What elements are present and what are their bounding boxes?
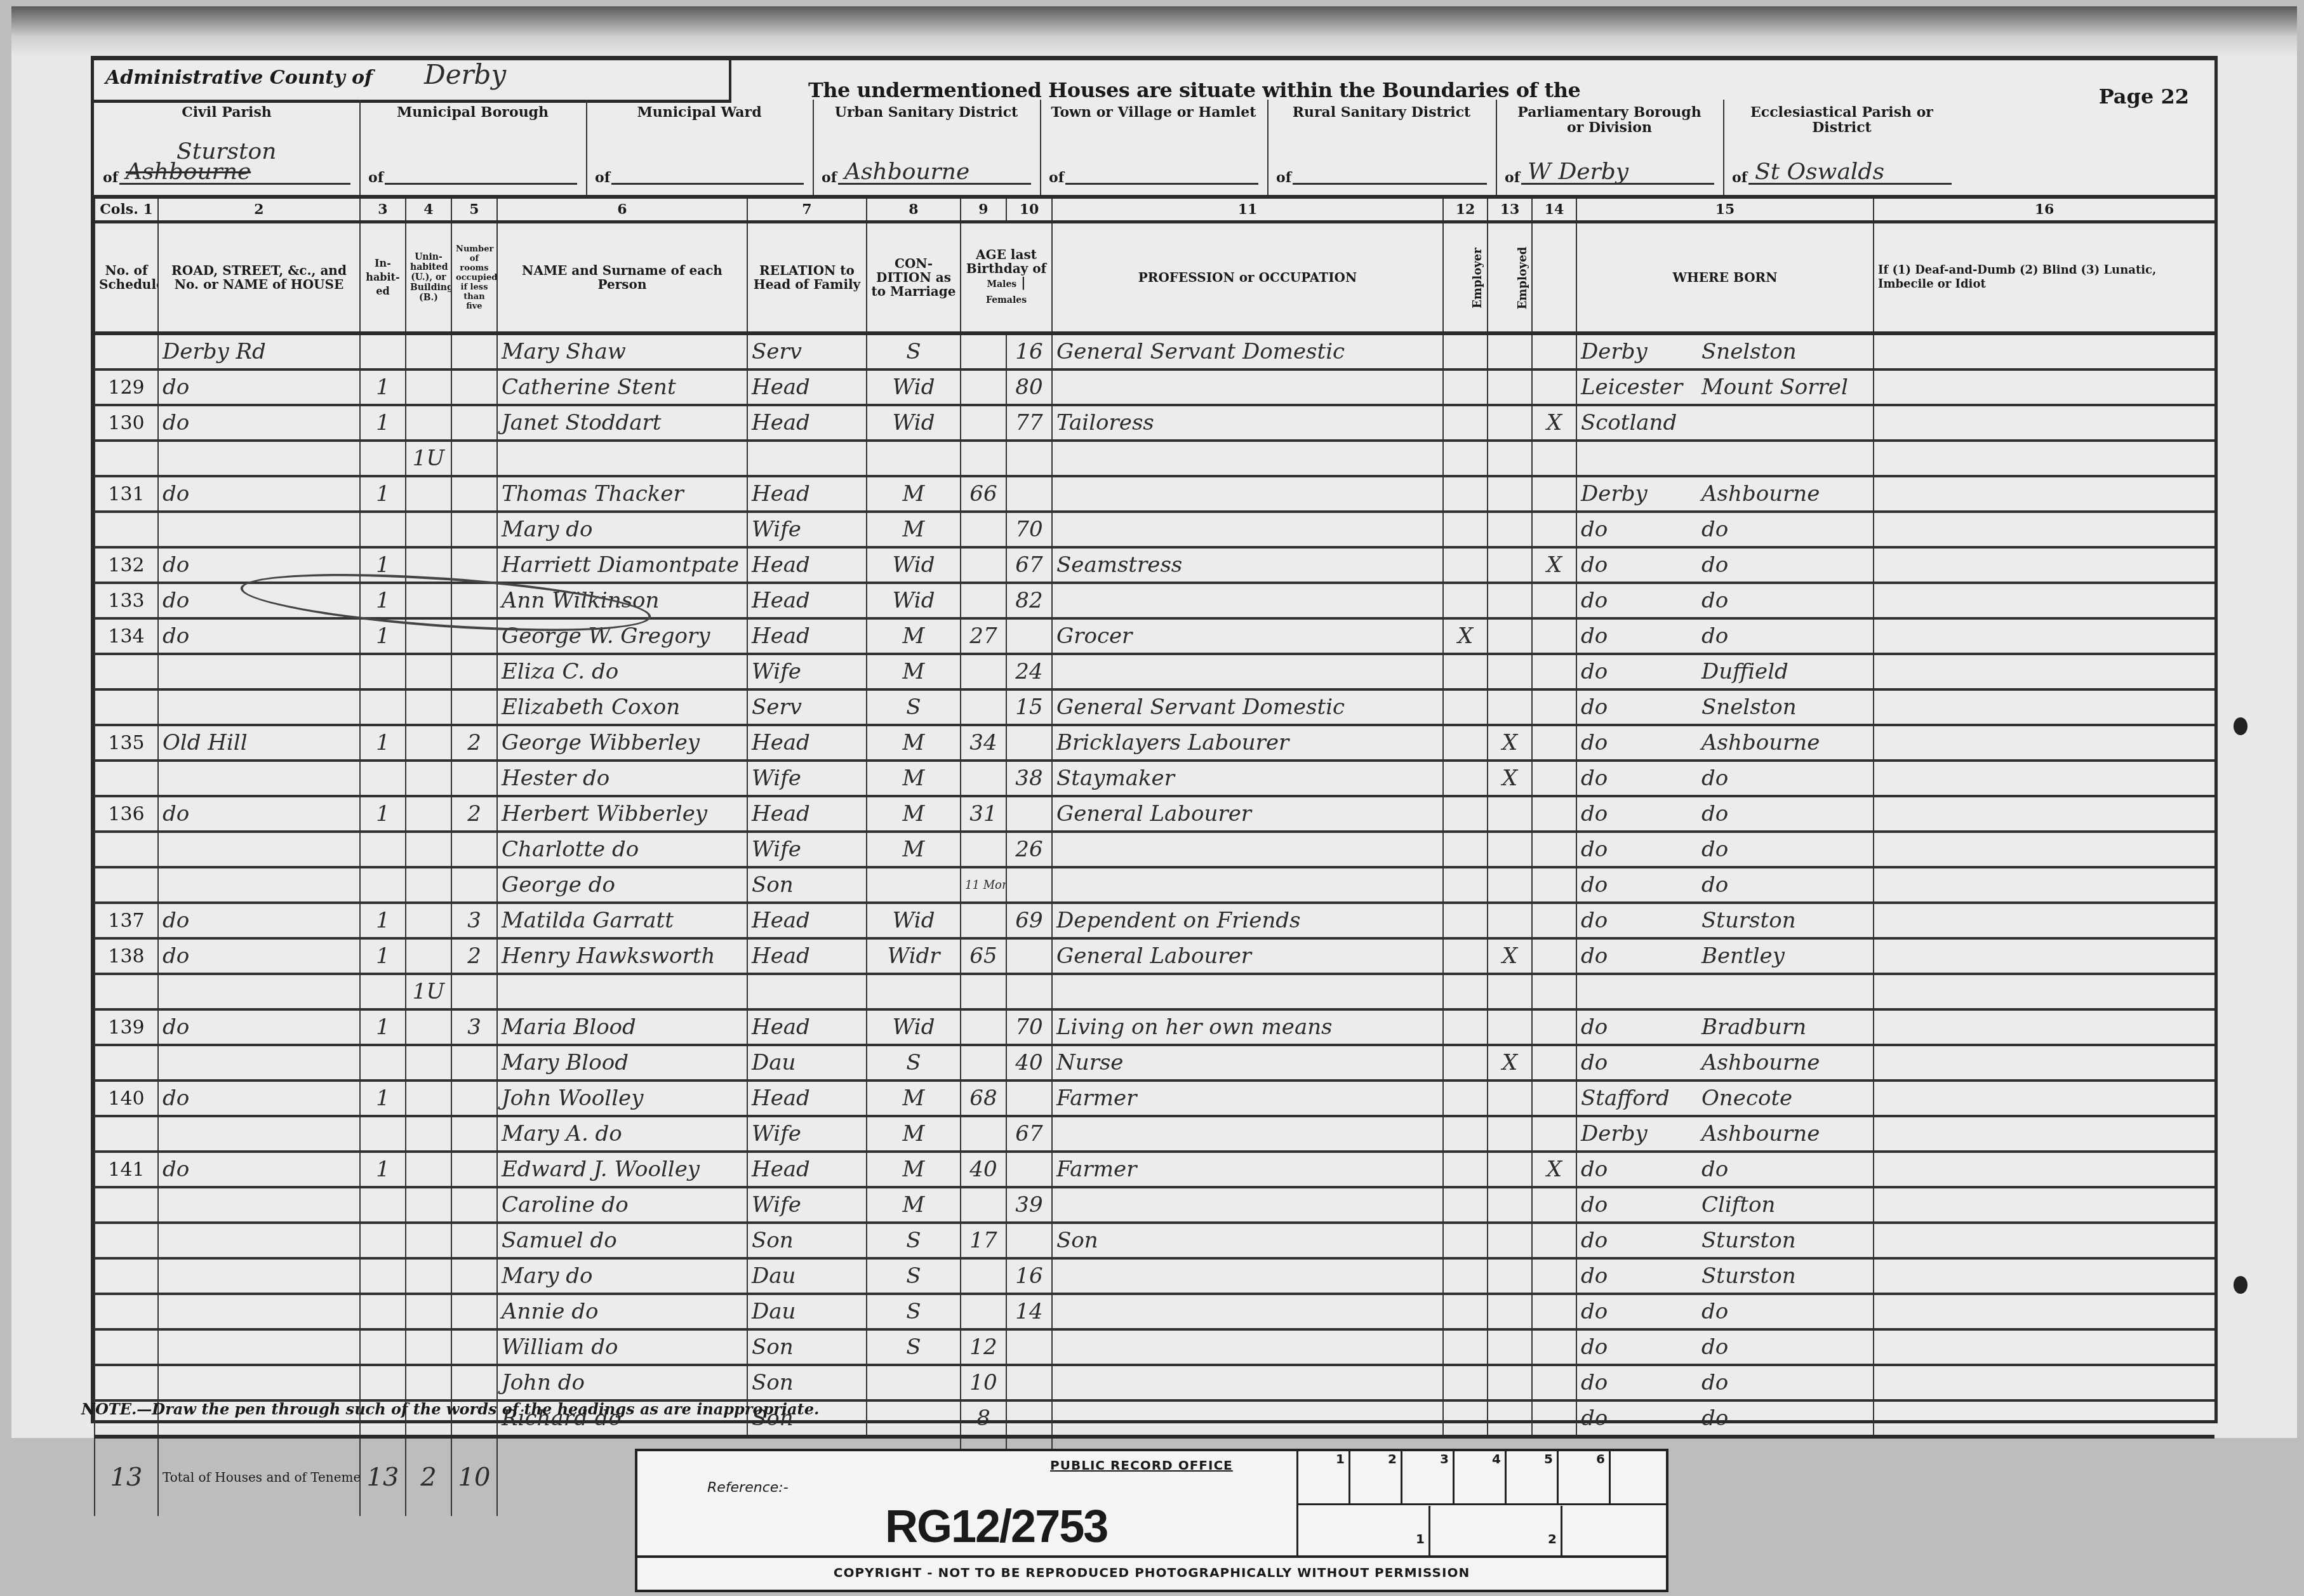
male-age — [961, 441, 1006, 476]
neither-mark — [1532, 1081, 1576, 1116]
employer-mark — [1443, 583, 1488, 618]
condition: M — [867, 1081, 961, 1116]
born-county: do — [1581, 552, 1701, 578]
employer-mark — [1443, 1152, 1488, 1187]
census-row: 141do1Edward J. WoolleyHeadM40FarmerXdod… — [95, 1152, 2214, 1187]
born-place: do — [1701, 1406, 1728, 1431]
schedule-number — [95, 1187, 158, 1223]
infirmity — [1874, 1400, 2214, 1437]
infirmity — [1874, 333, 2214, 369]
infirmity — [1874, 867, 2214, 903]
female-age — [1006, 938, 1052, 974]
neither-mark — [1532, 974, 1576, 1009]
employed-mark — [1488, 903, 1532, 938]
inhabited — [360, 832, 406, 867]
born-place: do — [1701, 1157, 1728, 1182]
born-place: do — [1701, 766, 1728, 791]
infirmity — [1874, 903, 2214, 938]
born-place: Sturston — [1701, 1263, 1796, 1289]
employer-mark — [1443, 654, 1488, 689]
relation: Dau — [747, 1258, 867, 1294]
schedule-number: 137 — [95, 903, 158, 938]
relation: Head — [747, 369, 867, 405]
neither-mark — [1532, 1400, 1576, 1437]
occupation: General Servant Domestic — [1052, 689, 1443, 725]
relation: Son — [747, 1365, 867, 1400]
employed-mark — [1488, 654, 1532, 689]
inhabited — [360, 654, 406, 689]
male-age: 31 — [961, 796, 1006, 832]
schedule-number — [95, 1365, 158, 1400]
rooms — [451, 689, 497, 725]
total-schedules: 13 — [95, 1437, 158, 1516]
person-name: Henry Hawksworth — [497, 938, 747, 974]
born-county: Derby — [1581, 1121, 1701, 1147]
born-county: do — [1581, 1014, 1701, 1040]
born-place: Mount Sorrel — [1701, 375, 1848, 400]
rooms — [451, 1258, 497, 1294]
uninhabited — [406, 1081, 451, 1116]
road: do — [158, 796, 360, 832]
occupation — [1052, 583, 1443, 618]
inhabited: 1 — [360, 1152, 406, 1187]
female-age: 67 — [1006, 1116, 1052, 1152]
relation: Serv — [747, 689, 867, 725]
male-age — [961, 654, 1006, 689]
uninhabited: 1U — [406, 974, 451, 1009]
male-age: 8 — [961, 1400, 1006, 1437]
condition: S — [867, 1223, 961, 1258]
inhabited — [360, 689, 406, 725]
employer-mark — [1443, 333, 1488, 369]
male-age — [961, 369, 1006, 405]
uninhabited — [406, 1365, 451, 1400]
division-municipal-ward: Municipal Ward of — [586, 100, 814, 195]
female-age: 69 — [1006, 903, 1052, 938]
admin-divisions: Civil Parish Sturston of Ashbourne Munic… — [94, 100, 2214, 199]
road — [158, 867, 360, 903]
female-age — [1006, 1152, 1052, 1187]
uninhabited — [406, 938, 451, 974]
division-ecclesiastical: Ecclesiastical Parish or District of St … — [1723, 100, 1961, 195]
born-county: Stafford — [1581, 1086, 1701, 1111]
occupation — [1052, 832, 1443, 867]
infirmity — [1874, 1223, 2214, 1258]
born-county: do — [1581, 908, 1701, 933]
male-age: 40 — [961, 1152, 1006, 1187]
total-houses-label: Total of Houses and of Tenements with le… — [158, 1437, 360, 1516]
census-row: 139do13Maria BloodHeadWid70Living on her… — [95, 1009, 2214, 1045]
male-age — [961, 832, 1006, 867]
parliamentary-value: W Derby — [1528, 159, 1628, 185]
schedule-number: 131 — [95, 476, 158, 512]
female-age — [1006, 1365, 1052, 1400]
schedule-number: 141 — [95, 1152, 158, 1187]
schedule-number: 136 — [95, 796, 158, 832]
occupation — [1052, 1187, 1443, 1223]
female-age: 26 — [1006, 832, 1052, 867]
census-row: 1U — [95, 974, 2214, 1009]
schedule-number — [95, 867, 158, 903]
male-age — [961, 547, 1006, 583]
where-born: dodo — [1576, 832, 1874, 867]
infirmity — [1874, 1294, 2214, 1329]
born-county: do — [1581, 1050, 1701, 1075]
occupation — [1052, 476, 1443, 512]
form-title: The undermentioned Houses are situate wi… — [808, 78, 1580, 102]
male-age — [961, 1116, 1006, 1152]
inhabited — [360, 1223, 406, 1258]
condition — [867, 441, 961, 476]
road — [158, 1045, 360, 1081]
relation: Wife — [747, 1187, 867, 1223]
person-name: Mary A. do — [497, 1116, 747, 1152]
born-place: Sturston — [1701, 908, 1796, 933]
person-name: Catherine Stent — [497, 369, 747, 405]
census-row: 136do12Herbert WibberleyHeadM31General L… — [95, 796, 2214, 832]
male-age — [961, 1294, 1006, 1329]
neither-mark — [1532, 1116, 1576, 1152]
infirmity — [1874, 405, 2214, 441]
census-row: 131do1Thomas ThackerHeadM66DerbyAshbourn… — [95, 476, 2214, 512]
inhabited: 1 — [360, 405, 406, 441]
total-rooms: 10 — [451, 1437, 497, 1516]
inhabited — [360, 1294, 406, 1329]
inhabited — [360, 333, 406, 369]
infirmity — [1874, 654, 2214, 689]
employed-mark — [1488, 1365, 1532, 1400]
neither-mark — [1532, 1009, 1576, 1045]
employer-mark — [1443, 1116, 1488, 1152]
uninhabited — [406, 512, 451, 547]
employed-mark — [1488, 547, 1532, 583]
inhabited — [360, 1045, 406, 1081]
neither-mark — [1532, 938, 1576, 974]
where-born: dodo — [1576, 1365, 1874, 1400]
occupation — [1052, 1365, 1443, 1400]
person-name: Annie do — [497, 1294, 747, 1329]
where-born: StaffordOnecote — [1576, 1081, 1874, 1116]
born-county: do — [1581, 837, 1701, 862]
male-age — [961, 761, 1006, 796]
born-place: Onecote — [1701, 1086, 1792, 1111]
census-row: Mary A. doWifeM67DerbyAshbourne — [95, 1116, 2214, 1152]
road — [158, 441, 360, 476]
relation: Son — [747, 1329, 867, 1365]
infirmity — [1874, 832, 2214, 867]
schedule-number: 133 — [95, 583, 158, 618]
infirmity — [1874, 1116, 2214, 1152]
inhabited — [360, 512, 406, 547]
census-row: Mary doDauS16doSturston — [95, 1258, 2214, 1294]
born-county: Derby — [1581, 481, 1701, 507]
occupation: Farmer — [1052, 1152, 1443, 1187]
female-age: 14 — [1006, 1294, 1052, 1329]
rooms — [451, 333, 497, 369]
male-age: 66 — [961, 476, 1006, 512]
employed-mark — [1488, 441, 1532, 476]
where-born: dodo — [1576, 512, 1874, 547]
inhabited: 1 — [360, 1009, 406, 1045]
census-row: 130do1Janet StoddartHeadWid77TailoressXS… — [95, 405, 2214, 441]
inhabited: 1 — [360, 796, 406, 832]
occupation — [1052, 867, 1443, 903]
schedule-number: 139 — [95, 1009, 158, 1045]
born-place: Clifton — [1701, 1192, 1775, 1218]
neither-mark — [1532, 689, 1576, 725]
female-age: 77 — [1006, 405, 1052, 441]
employed-mark — [1488, 832, 1532, 867]
road — [158, 1258, 360, 1294]
neither-mark — [1532, 369, 1576, 405]
female-age: 15 — [1006, 689, 1052, 725]
neither-mark — [1532, 1258, 1576, 1294]
male-age — [961, 405, 1006, 441]
employer-mark — [1443, 369, 1488, 405]
occupation — [1052, 654, 1443, 689]
county-value: Derby — [424, 59, 506, 90]
occupation — [1052, 974, 1443, 1009]
schedule-number — [95, 654, 158, 689]
where-born: dodo — [1576, 796, 1874, 832]
heading-uninhabited: Unin-habited (U.), or Building (B.) — [406, 222, 451, 334]
condition: M — [867, 1187, 961, 1223]
neither-mark — [1532, 796, 1576, 832]
infirmity — [1874, 1258, 2214, 1294]
county-label: Administrative County of — [105, 67, 373, 89]
occupation: General Labourer — [1052, 796, 1443, 832]
scale-ruler: 1 2 3 4 5 6 1 2 — [1296, 1451, 1666, 1555]
heading-road: ROAD, STREET, &c., and No. or NAME of HO… — [158, 222, 360, 334]
census-row: Derby RdMary ShawServS16General Servant … — [95, 333, 2214, 369]
rooms — [451, 974, 497, 1009]
total-inhabited: 13 — [360, 1437, 406, 1516]
relation: Wife — [747, 512, 867, 547]
employer-mark — [1443, 512, 1488, 547]
schedule-number — [95, 1223, 158, 1258]
inhabited: 1 — [360, 938, 406, 974]
relation: Wife — [747, 761, 867, 796]
occupation — [1052, 1329, 1443, 1365]
neither-mark — [1532, 476, 1576, 512]
census-row: Caroline doWifeM39doClifton — [95, 1187, 2214, 1223]
rooms — [451, 1223, 497, 1258]
rooms — [451, 1365, 497, 1400]
schedule-number — [95, 1294, 158, 1329]
neither-mark — [1532, 761, 1576, 796]
occupation — [1052, 1116, 1443, 1152]
employer-mark — [1443, 796, 1488, 832]
employed-mark — [1488, 1009, 1532, 1045]
where-born: doSturston — [1576, 903, 1874, 938]
employed-mark: X — [1488, 725, 1532, 761]
where-born: doAshbourne — [1576, 1045, 1874, 1081]
employer-mark — [1443, 1187, 1488, 1223]
relation: Head — [747, 725, 867, 761]
neither-mark — [1532, 1365, 1576, 1400]
rooms: 3 — [451, 903, 497, 938]
born-county: do — [1581, 588, 1701, 613]
condition — [867, 1365, 961, 1400]
census-row: 135Old Hill12George WibberleyHeadM34Bric… — [95, 725, 2214, 761]
rooms: 2 — [451, 725, 497, 761]
uninhabited — [406, 725, 451, 761]
employer-mark — [1443, 1223, 1488, 1258]
occupation: Staymaker — [1052, 761, 1443, 796]
relation: Head — [747, 547, 867, 583]
employed-mark — [1488, 1400, 1532, 1437]
where-born: doBradburn — [1576, 1009, 1874, 1045]
rooms — [451, 832, 497, 867]
neither-mark — [1532, 832, 1576, 867]
relation: Son — [747, 867, 867, 903]
census-sheet: Administrative County of Derby The under… — [11, 6, 2297, 1438]
person-name: Elizabeth Coxon — [497, 689, 747, 725]
schedule-number — [95, 333, 158, 369]
uninhabited — [406, 1329, 451, 1365]
born-county: do — [1581, 1299, 1701, 1324]
heading-inhabited: In-habit-ed — [360, 222, 406, 334]
infirmity — [1874, 974, 2214, 1009]
infirmity — [1874, 938, 2214, 974]
employed-mark — [1488, 1081, 1532, 1116]
born-county: do — [1581, 1228, 1701, 1253]
female-age: 16 — [1006, 333, 1052, 369]
relation: Wife — [747, 1116, 867, 1152]
person-name — [497, 974, 747, 1009]
division-civil-parish: Civil Parish Sturston of Ashbourne — [94, 100, 361, 195]
census-row: William doSonS12dodo — [95, 1329, 2214, 1365]
inhabited: 1 — [360, 476, 406, 512]
inhabited: 1 — [360, 903, 406, 938]
person-name: Mary Shaw — [497, 333, 747, 369]
occupation — [1052, 1294, 1443, 1329]
employed-mark: X — [1488, 938, 1532, 974]
female-age — [1006, 1400, 1052, 1437]
road — [158, 832, 360, 867]
rooms — [451, 1116, 497, 1152]
where-born: DerbyAshbourne — [1576, 1116, 1874, 1152]
condition: S — [867, 333, 961, 369]
relation: Dau — [747, 1294, 867, 1329]
employed-mark: X — [1488, 761, 1532, 796]
where-born: doAshbourne — [1576, 725, 1874, 761]
employer-mark — [1443, 938, 1488, 974]
born-place: do — [1701, 1299, 1728, 1324]
employed-mark — [1488, 369, 1532, 405]
inhabited — [360, 1365, 406, 1400]
uninhabited — [406, 832, 451, 867]
relation: Serv — [747, 333, 867, 369]
condition: M — [867, 618, 961, 654]
female-age — [1006, 618, 1052, 654]
employer-mark: X — [1443, 618, 1488, 654]
where-born: dodo — [1576, 583, 1874, 618]
employer-mark — [1443, 1045, 1488, 1081]
heading-where-born: WHERE BORN — [1576, 222, 1874, 334]
rooms — [451, 867, 497, 903]
road — [158, 1329, 360, 1365]
condition: M — [867, 832, 961, 867]
relation: Head — [747, 1081, 867, 1116]
person-name: Mary do — [497, 512, 747, 547]
where-born: dodo — [1576, 1329, 1874, 1365]
uninhabited — [406, 1223, 451, 1258]
uninhabited — [406, 689, 451, 725]
condition: Wid — [867, 1009, 961, 1045]
road — [158, 512, 360, 547]
condition: S — [867, 1258, 961, 1294]
male-age: 17 — [961, 1223, 1006, 1258]
female-age — [1006, 974, 1052, 1009]
uninhabited — [406, 1258, 451, 1294]
male-age: 65 — [961, 938, 1006, 974]
employed-mark — [1488, 1223, 1532, 1258]
female-age: 38 — [1006, 761, 1052, 796]
person-name: Matilda Garratt — [497, 903, 747, 938]
person-name: John do — [497, 1365, 747, 1400]
born-place: Duffield — [1701, 659, 1788, 684]
schedule-number — [95, 974, 158, 1009]
born-county: do — [1581, 517, 1701, 542]
heading-age: AGE last Birthday ofMales | Females — [961, 222, 1052, 334]
neither-mark — [1532, 1294, 1576, 1329]
schedule-number: 130 — [95, 405, 158, 441]
male-age — [961, 583, 1006, 618]
rooms — [451, 1187, 497, 1223]
inhabited — [360, 1116, 406, 1152]
condition: S — [867, 689, 961, 725]
rooms — [451, 476, 497, 512]
schedule-number — [95, 689, 158, 725]
census-row: Elizabeth CoxonServS15General Servant Do… — [95, 689, 2214, 725]
rooms — [451, 512, 497, 547]
neither-mark — [1532, 1187, 1576, 1223]
uninhabited — [406, 1116, 451, 1152]
infirmity — [1874, 618, 2214, 654]
infirmity — [1874, 796, 2214, 832]
relation: Head — [747, 618, 867, 654]
relation — [747, 441, 867, 476]
born-place: Snelston — [1701, 695, 1797, 720]
infirmity — [1874, 1152, 2214, 1187]
employed-mark: X — [1488, 1045, 1532, 1081]
female-age: 82 — [1006, 583, 1052, 618]
heading-employer: Employer — [1443, 222, 1488, 334]
condition: M — [867, 725, 961, 761]
employer-mark — [1443, 547, 1488, 583]
where-born: doSturston — [1576, 1258, 1874, 1294]
neither-mark — [1532, 654, 1576, 689]
person-name: Edward J. Woolley — [497, 1152, 747, 1187]
male-age: 68 — [961, 1081, 1006, 1116]
occupation: General Servant Domestic — [1052, 333, 1443, 369]
person-name: George Wibberley — [497, 725, 747, 761]
census-row: 137do13Matilda GarrattHeadWid69Dependent… — [95, 903, 2214, 938]
condition: M — [867, 654, 961, 689]
born-county: Leicester — [1581, 375, 1701, 400]
male-age — [961, 512, 1006, 547]
infirmity — [1874, 1365, 2214, 1400]
female-age — [1006, 1223, 1052, 1258]
born-place: Snelston — [1701, 339, 1797, 364]
schedule-number — [95, 832, 158, 867]
census-row: Mary BloodDauS40NurseXdoAshbourne — [95, 1045, 2214, 1081]
civil-parish-struck-value: Ashbourne — [126, 159, 251, 185]
employed-mark — [1488, 1329, 1532, 1365]
rooms — [451, 1329, 497, 1365]
road — [158, 1116, 360, 1152]
